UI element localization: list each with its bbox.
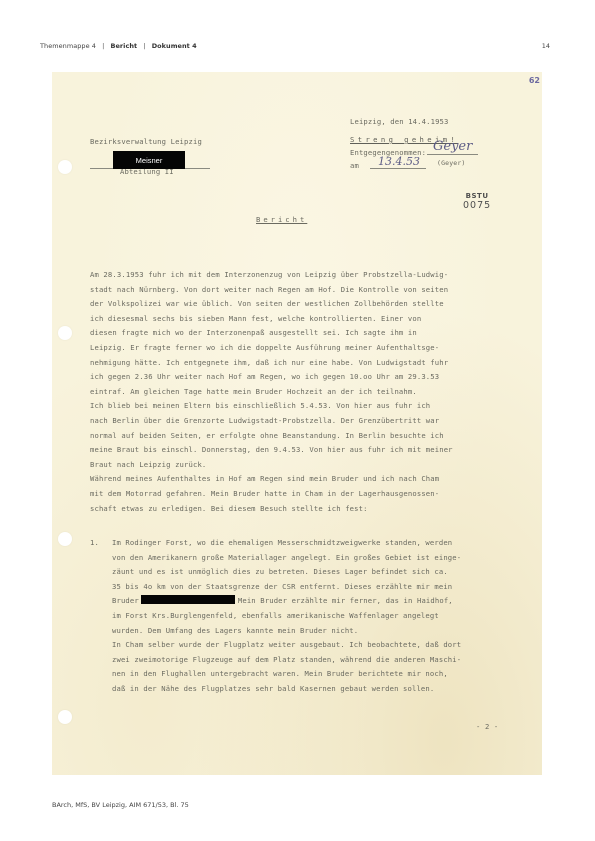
text-line: schaft etwas zu erledigen. Bei diesem Be… [90, 502, 453, 517]
redaction-bar [141, 595, 235, 604]
page-number: 14 [542, 42, 550, 50]
text-line: ich gegen 2.36 Uhr weiter nach Hof am Re… [90, 370, 453, 385]
sender-office: Bezirksverwaltung Leipzig [90, 137, 202, 147]
source-citation: BArch, MfS, BV Leipzig, AIM 671/53, Bl. … [52, 801, 189, 809]
text-line: nehmigung hätte. Ich entgegnete ihm, daß… [90, 356, 453, 371]
received-signature: Geyer [427, 140, 478, 155]
text-line: ich diesesmal sechs bis sieben Mann fest… [90, 312, 453, 327]
text-line: im Forst Krs.Burglengenfeld, ebenfalls a… [112, 609, 461, 624]
document-label: Dokument 4 [152, 42, 197, 50]
text-line: Während meines Aufenthaltes in Hof am Re… [90, 472, 453, 487]
text-line: Braut nach Leipzig zurück. [90, 458, 453, 473]
text-line: Am 28.3.1953 fuhr ich mit dem Interzonen… [90, 268, 453, 283]
text-fragment: Bruder [112, 596, 139, 605]
text-line: zwei zweimotorige Flugzeuge auf dem Plat… [112, 653, 461, 668]
header-separator: | [143, 42, 145, 50]
text-line: nen in den Flughallen untergebracht ware… [112, 667, 461, 682]
report-list-item: 1. Im Rodinger Forst, wo die ehemaligen … [90, 536, 108, 594]
scanned-document: 62 Bezirksverwaltung Leipzig Abteilung I… [52, 72, 542, 775]
archive-folio-stamp: 62 [529, 76, 540, 85]
place-date: Leipzig, den 14.4.1953 [350, 117, 449, 126]
text-line: Im Rodinger Forst, wo die ehemaligen Mes… [112, 536, 461, 551]
bstu-stamp: BSTU 0075 [463, 192, 491, 210]
text-line: meine Braut bis einschl. Donnerstag, den… [90, 443, 453, 458]
text-line: Ich blieb bei meinen Eltern bis einschli… [90, 399, 453, 414]
page-continuation-marker: - 2 - [476, 722, 498, 731]
list-marker: 1. [90, 536, 99, 551]
text-line-with-redaction: BruderMein Bruder erzählte mir ferner, d… [112, 594, 461, 609]
document-title: Bericht [256, 215, 307, 224]
page-header: Themenmappe 4 | Bericht | Dokument 4 [40, 42, 197, 50]
text-line: normal auf beiden Seiten, er erfolgte oh… [90, 429, 453, 444]
list-item-text: Im Rodinger Forst, wo die ehemaligen Mes… [112, 536, 461, 697]
redacted-name-box: Meisner [113, 151, 185, 169]
text-line: In Cham selber wurde der Flugplatz weite… [112, 638, 461, 653]
report-paragraph: Am 28.3.1953 fuhr ich mit dem Interzonen… [90, 268, 453, 516]
text-line: mit dem Motorrad gefahren. Mein Bruder h… [90, 487, 453, 502]
text-line: eintraf. Am gleichen Tage hatte mein Bru… [90, 385, 453, 400]
text-fragment: Mein Bruder erzählte mir ferner, das in … [238, 596, 453, 605]
section-label: Bericht [110, 42, 137, 50]
punch-hole [58, 532, 72, 546]
punch-hole [58, 710, 72, 724]
text-line: von den Amerikanern große Materiallager … [112, 551, 461, 566]
text-line: diesen fragte mich wo der Interzonenpaß … [90, 326, 453, 341]
text-line: 35 bis 4o km von der Staatsgrenze der CS… [112, 580, 461, 595]
received-date: 13.4.53 [370, 155, 426, 169]
bstu-number: 0075 [463, 201, 491, 210]
header-separator: | [102, 42, 104, 50]
text-line: Leipzig. Er fragte ferner wo ich die dop… [90, 341, 453, 356]
text-line: daß in der Nähe des Flugplatzes sehr bal… [112, 682, 461, 697]
text-line: stadt nach Nürnberg. Von dort weiter nac… [90, 283, 453, 298]
text-line: nach Berlin über die Grenzorte Ludwigsta… [90, 414, 453, 429]
punch-hole [58, 160, 72, 174]
received-signature-name: (Geyer) [437, 159, 465, 167]
received-date-label: am [350, 161, 359, 170]
text-line: wurden. Dem Umfang des Lagers kannte mei… [112, 624, 461, 639]
series-label: Themenmappe 4 [40, 42, 96, 50]
punch-hole [58, 326, 72, 340]
text-line: zäunt und es ist unmöglich dies zu betre… [112, 565, 461, 580]
text-line: der Volkspolizei war wie üblich. Von sei… [90, 297, 453, 312]
